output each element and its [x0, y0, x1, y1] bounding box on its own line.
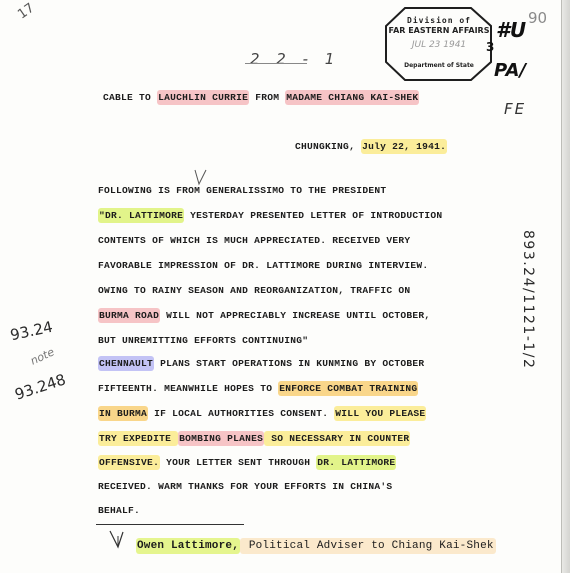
body-line: BURMA ROAD WILL NOT APPRECIABLY INCREASE…: [98, 310, 430, 321]
title-from: FROM: [249, 92, 285, 103]
dateline-place: CHUNGKING,: [295, 141, 361, 152]
file-number-vertical: 893.24/1121-1/2: [520, 230, 536, 369]
corner-handwritten-note: 17: [15, 1, 37, 23]
body-text: WILL NOT APPRECIABLY INCREASE UNTIL OCTO…: [160, 310, 430, 321]
body-line: BUT UNREMITTING EFFORTS CONTINUING": [98, 335, 308, 346]
highlighted-text-pink: BURMA ROAD: [98, 308, 160, 323]
body-line: IN BURMA IF LOCAL AUTHORITIES CONSENT. W…: [98, 408, 426, 419]
highlighted-text-green: DR. LATTIMORE: [316, 455, 396, 470]
body-text: YESTERDAY PRESENTED LETTER OF INTRODUCTI…: [184, 210, 442, 221]
body-line: CONTENTS OF WHICH IS MUCH APPRECIATED. R…: [98, 235, 410, 246]
body-text: CONTENTS OF WHICH IS MUCH APPRECIATED. R…: [98, 235, 410, 246]
body-line: TRY EXPEDITE BOMBING PLANES SO NECESSARY…: [98, 433, 410, 444]
check-mark-icon: [108, 528, 128, 550]
page-edge: [562, 0, 570, 573]
body-text: FIFTEENTH. MEANWHILE HOPES TO: [98, 383, 278, 394]
highlighted-text-yellow: TRY EXPEDITE: [98, 431, 178, 446]
body-text: FOLLOWING IS FROM GENERALISSIMO TO THE P…: [98, 185, 386, 196]
body-text: OWING TO RAINY SEASON AND REORGANIZATION…: [98, 285, 410, 296]
body-line: FAVORABLE IMPRESSION OF DR. LATTIMORE DU…: [98, 260, 428, 271]
signature-name: Owen Lattimore,: [136, 538, 240, 554]
stamp-mark-hash: #U: [496, 18, 526, 42]
body-text: BUT UNREMITTING EFFORTS CONTINUING": [98, 335, 308, 346]
highlighted-text-yellow: OFFENSIVE.: [98, 455, 160, 470]
margin-note-2: note: [28, 345, 56, 367]
margin-note-1: 93.24: [9, 318, 55, 345]
body-line: OFFENSIVE. YOUR LETTER SENT THROUGH DR. …: [98, 457, 396, 468]
body-text: RECEIVED. WARM THANKS FOR YOUR EFFORTS I…: [98, 481, 392, 492]
title-recipient: LAUCHLIN CURRIE: [157, 90, 249, 105]
signature-note: Owen Lattimore, Political Adviser to Chi…: [136, 540, 496, 552]
highlighted-text-blue: CHENNAULT: [98, 356, 154, 371]
stamp-mark-number: 3: [486, 40, 494, 54]
body-text: IF LOCAL AUTHORITIES CONSENT.: [148, 408, 334, 419]
body-line: "DR. LATTIMORE YESTERDAY PRESENTED LETTE…: [98, 210, 442, 221]
body-line: FIFTEENTH. MEANWHILE HOPES TO ENFORCE CO…: [98, 383, 418, 394]
highlighted-text-orange: ENFORCE COMBAT TRAINING: [278, 381, 418, 396]
body-line: RECEIVED. WARM THANKS FOR YOUR EFFORTS I…: [98, 481, 392, 492]
body-line: CHENNAULT PLANS START OPERATIONS IN KUNM…: [98, 358, 424, 369]
highlighted-text-orange: IN BURMA: [98, 406, 148, 421]
document-title: CABLE TO LAUCHLIN CURRIE FROM MADAME CHI…: [103, 92, 419, 103]
insertion-caret-icon: [193, 168, 209, 188]
signature-title: Political Adviser to Chiang Kai-Shek: [240, 538, 496, 554]
stamp-mark-fe: FE: [504, 100, 526, 118]
highlighted-text-yellow: SO NECESSARY IN COUNTER: [264, 431, 410, 446]
body-line: OWING TO RAINY SEASON AND REORGANIZATION…: [98, 285, 410, 296]
title-sender: MADAME CHIANG KAI-SHEK: [285, 90, 419, 105]
highlighted-text-pink: BOMBING PLANES: [178, 431, 264, 446]
strikethrough-line: [245, 63, 307, 64]
highlighted-text-yellow: WILL YOU PLEASE: [334, 406, 426, 421]
body-text: FAVORABLE IMPRESSION OF DR. LATTIMORE DU…: [98, 260, 428, 271]
dateline-date: July 22, 1941.: [361, 139, 447, 154]
margin-note-3: 93.248: [13, 370, 68, 403]
page-number: 90: [528, 9, 547, 27]
body-line: FOLLOWING IS FROM GENERALISSIMO TO THE P…: [98, 185, 386, 196]
handwritten-file-reference: 2 2 - 1: [250, 50, 340, 68]
signature-rule: [96, 524, 244, 525]
dateline: CHUNGKING, July 22, 1941.: [295, 141, 447, 152]
stamp-department-label: Department of State: [383, 62, 495, 69]
body-text: YOUR LETTER SENT THROUGH: [160, 457, 316, 468]
stamp-mark-pa: PA/: [494, 60, 526, 81]
stamp-office-label: FAR EASTERN AFFAIRS: [383, 26, 495, 35]
stamp-date: JUL 23 1941: [383, 40, 495, 50]
stamp-division-label: Division of: [383, 16, 495, 25]
body-text: PLANS START OPERATIONS IN KUNMING BY OCT…: [154, 358, 424, 369]
highlighted-text-green: "DR. LATTIMORE: [98, 208, 184, 223]
body-text: BEHALF.: [98, 505, 140, 516]
body-line: BEHALF.: [98, 505, 140, 516]
document-page: 17 90 2 2 - 1 Division of FAR EASTERN AF…: [0, 0, 570, 573]
title-prefix: CABLE TO: [103, 92, 157, 103]
received-stamp: Division of FAR EASTERN AFFAIRS JUL 23 1…: [383, 6, 495, 82]
